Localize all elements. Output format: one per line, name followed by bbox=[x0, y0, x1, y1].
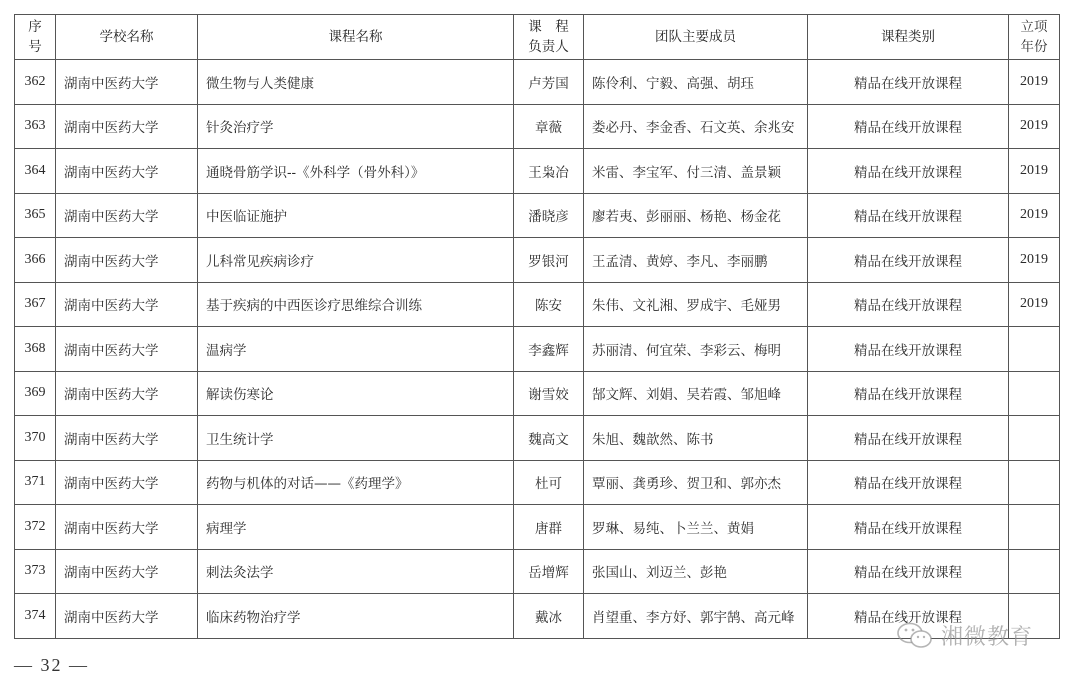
table-row: 370湖南中医药大学卫生统计学魏高文朱旭、魏歆然、陈书精品在线开放课程 bbox=[15, 416, 1060, 461]
page-number: — 32 — bbox=[14, 655, 89, 676]
table-row: 365湖南中医药大学中医临证施护潘晓彦廖若夷、彭丽丽、杨艳、杨金花精品在线开放课… bbox=[15, 193, 1060, 238]
header-team: 团队主要成员 bbox=[584, 15, 808, 60]
cell-lead: 潘晓彦 bbox=[514, 193, 584, 238]
cell-team: 郜文辉、刘娟、吴若霞、邹旭峰 bbox=[584, 371, 808, 416]
cell-type: 精品在线开放课程 bbox=[808, 238, 1009, 283]
cell-course: 针灸治疗学 bbox=[198, 104, 514, 149]
cell-index: 365 bbox=[15, 193, 56, 238]
cell-index: 364 bbox=[15, 149, 56, 194]
cell-year: 2019 bbox=[1009, 282, 1060, 327]
cell-course: 刺法灸法学 bbox=[198, 549, 514, 594]
header-lead-line1: 课 程 bbox=[516, 17, 581, 37]
cell-lead: 罗银河 bbox=[514, 238, 584, 283]
watermark: 湘微教育 bbox=[895, 620, 1033, 651]
cell-team: 苏丽清、何宜荣、李彩云、梅明 bbox=[584, 327, 808, 372]
cell-school: 湖南中医药大学 bbox=[56, 149, 198, 194]
cell-lead: 戴冰 bbox=[514, 594, 584, 639]
cell-type: 精品在线开放课程 bbox=[808, 282, 1009, 327]
course-list-table-container: 序 号 学校名称 课程名称 课 程 负责人 团队主要成员 课程类别 立项 年份 … bbox=[14, 14, 1060, 639]
cell-lead: 李鑫辉 bbox=[514, 327, 584, 372]
cell-year bbox=[1009, 505, 1060, 550]
cell-course: 基于疾病的中西医诊疗思维综合训练 bbox=[198, 282, 514, 327]
cell-lead: 岳增辉 bbox=[514, 549, 584, 594]
cell-type: 精品在线开放课程 bbox=[808, 505, 1009, 550]
cell-course: 病理学 bbox=[198, 505, 514, 550]
cell-school: 湖南中医药大学 bbox=[56, 327, 198, 372]
cell-type: 精品在线开放课程 bbox=[808, 549, 1009, 594]
cell-type: 精品在线开放课程 bbox=[808, 460, 1009, 505]
cell-school: 湖南中医药大学 bbox=[56, 193, 198, 238]
cell-course: 药物与机体的对话——《药理学》 bbox=[198, 460, 514, 505]
cell-lead: 杜可 bbox=[514, 460, 584, 505]
table-header-row: 序 号 学校名称 课程名称 课 程 负责人 团队主要成员 课程类别 立项 年份 bbox=[15, 15, 1060, 60]
cell-school: 湖南中医药大学 bbox=[56, 371, 198, 416]
cell-year: 2019 bbox=[1009, 60, 1060, 105]
header-index: 序 号 bbox=[15, 15, 56, 60]
cell-course: 温病学 bbox=[198, 327, 514, 372]
cell-school: 湖南中医药大学 bbox=[56, 416, 198, 461]
cell-lead: 唐群 bbox=[514, 505, 584, 550]
header-type: 课程类别 bbox=[808, 15, 1009, 60]
table-row: 371湖南中医药大学药物与机体的对话——《药理学》杜可覃丽、龚勇珍、贺卫和、郭亦… bbox=[15, 460, 1060, 505]
watermark-text: 湘微教育 bbox=[941, 620, 1033, 651]
header-year-line2: 年份 bbox=[1011, 37, 1057, 57]
table-row: 367湖南中医药大学基于疾病的中西医诊疗思维综合训练陈安朱伟、文礼湘、罗成宇、毛… bbox=[15, 282, 1060, 327]
course-list-table: 序 号 学校名称 课程名称 课 程 负责人 团队主要成员 课程类别 立项 年份 … bbox=[14, 14, 1060, 639]
cell-school: 湖南中医药大学 bbox=[56, 549, 198, 594]
cell-team: 米雷、李宝军、付三清、盖景颖 bbox=[584, 149, 808, 194]
table-row: 363湖南中医药大学针灸治疗学章薇娄必丹、李金香、石文英、余兆安精品在线开放课程… bbox=[15, 104, 1060, 149]
cell-course: 卫生统计学 bbox=[198, 416, 514, 461]
cell-lead: 魏高文 bbox=[514, 416, 584, 461]
cell-type: 精品在线开放课程 bbox=[808, 371, 1009, 416]
table-row: 369湖南中医药大学解读伤寒论谢雪姣郜文辉、刘娟、吴若霞、邹旭峰精品在线开放课程 bbox=[15, 371, 1060, 416]
cell-team: 覃丽、龚勇珍、贺卫和、郭亦杰 bbox=[584, 460, 808, 505]
cell-year: 2019 bbox=[1009, 193, 1060, 238]
cell-index: 367 bbox=[15, 282, 56, 327]
table-row: 372湖南中医药大学病理学唐群罗琳、易纯、卜兰兰、黄娟精品在线开放课程 bbox=[15, 505, 1060, 550]
cell-type: 精品在线开放课程 bbox=[808, 149, 1009, 194]
cell-year bbox=[1009, 371, 1060, 416]
cell-school: 湖南中医药大学 bbox=[56, 594, 198, 639]
header-lead-line2: 负责人 bbox=[516, 37, 581, 57]
cell-team: 罗琳、易纯、卜兰兰、黄娟 bbox=[584, 505, 808, 550]
cell-school: 湖南中医药大学 bbox=[56, 505, 198, 550]
cell-lead: 谢雪姣 bbox=[514, 371, 584, 416]
cell-type: 精品在线开放课程 bbox=[808, 193, 1009, 238]
cell-year: 2019 bbox=[1009, 149, 1060, 194]
cell-type: 精品在线开放课程 bbox=[808, 60, 1009, 105]
cell-year bbox=[1009, 460, 1060, 505]
cell-type: 精品在线开放课程 bbox=[808, 327, 1009, 372]
header-school: 学校名称 bbox=[56, 15, 198, 60]
cell-year bbox=[1009, 549, 1060, 594]
cell-year bbox=[1009, 416, 1060, 461]
cell-type: 精品在线开放课程 bbox=[808, 104, 1009, 149]
header-course: 课程名称 bbox=[198, 15, 514, 60]
cell-team: 王孟清、黄婷、李凡、李丽鹏 bbox=[584, 238, 808, 283]
header-year-line1: 立项 bbox=[1011, 17, 1057, 37]
cell-team: 朱旭、魏歆然、陈书 bbox=[584, 416, 808, 461]
cell-year: 2019 bbox=[1009, 104, 1060, 149]
cell-index: 371 bbox=[15, 460, 56, 505]
cell-index: 366 bbox=[15, 238, 56, 283]
cell-type: 精品在线开放课程 bbox=[808, 416, 1009, 461]
cell-course: 微生物与人类健康 bbox=[198, 60, 514, 105]
cell-course: 中医临证施护 bbox=[198, 193, 514, 238]
table-row: 364湖南中医药大学通晓骨筋学识--《外科学（骨外科）》王枭冶米雷、李宝军、付三… bbox=[15, 149, 1060, 194]
cell-team: 娄必丹、李金香、石文英、余兆安 bbox=[584, 104, 808, 149]
cell-school: 湖南中医药大学 bbox=[56, 282, 198, 327]
cell-index: 369 bbox=[15, 371, 56, 416]
cell-lead: 陈安 bbox=[514, 282, 584, 327]
cell-school: 湖南中医药大学 bbox=[56, 104, 198, 149]
header-index-line1: 序 bbox=[17, 17, 53, 37]
table-row: 366湖南中医药大学儿科常见疾病诊疗罗银河王孟清、黄婷、李凡、李丽鹏精品在线开放… bbox=[15, 238, 1060, 283]
cell-school: 湖南中医药大学 bbox=[56, 238, 198, 283]
table-row: 362湖南中医药大学微生物与人类健康卢芳国陈伶利、宁毅、高强、胡珏精品在线开放课… bbox=[15, 60, 1060, 105]
cell-course: 解读伤寒论 bbox=[198, 371, 514, 416]
cell-course: 通晓骨筋学识--《外科学（骨外科）》 bbox=[198, 149, 514, 194]
wechat-icon bbox=[895, 621, 935, 651]
cell-team: 肖望重、李方妤、郭宇鹄、高元峰 bbox=[584, 594, 808, 639]
cell-index: 374 bbox=[15, 594, 56, 639]
cell-course: 儿科常见疾病诊疗 bbox=[198, 238, 514, 283]
header-index-line2: 号 bbox=[17, 37, 53, 57]
header-lead: 课 程 负责人 bbox=[514, 15, 584, 60]
cell-year bbox=[1009, 327, 1060, 372]
cell-lead: 卢芳国 bbox=[514, 60, 584, 105]
cell-team: 张国山、刘迈兰、彭艳 bbox=[584, 549, 808, 594]
cell-school: 湖南中医药大学 bbox=[56, 460, 198, 505]
table-row: 373湖南中医药大学刺法灸法学岳增辉张国山、刘迈兰、彭艳精品在线开放课程 bbox=[15, 549, 1060, 594]
cell-index: 368 bbox=[15, 327, 56, 372]
cell-lead: 王枭冶 bbox=[514, 149, 584, 194]
header-year: 立项 年份 bbox=[1009, 15, 1060, 60]
cell-index: 373 bbox=[15, 549, 56, 594]
cell-school: 湖南中医药大学 bbox=[56, 60, 198, 105]
table-row: 368湖南中医药大学温病学李鑫辉苏丽清、何宜荣、李彩云、梅明精品在线开放课程 bbox=[15, 327, 1060, 372]
cell-index: 370 bbox=[15, 416, 56, 461]
cell-team: 廖若夷、彭丽丽、杨艳、杨金花 bbox=[584, 193, 808, 238]
cell-index: 362 bbox=[15, 60, 56, 105]
cell-year: 2019 bbox=[1009, 238, 1060, 283]
cell-index: 363 bbox=[15, 104, 56, 149]
cell-course: 临床药物治疗学 bbox=[198, 594, 514, 639]
cell-team: 陈伶利、宁毅、高强、胡珏 bbox=[584, 60, 808, 105]
cell-lead: 章薇 bbox=[514, 104, 584, 149]
cell-team: 朱伟、文礼湘、罗成宇、毛娅男 bbox=[584, 282, 808, 327]
cell-index: 372 bbox=[15, 505, 56, 550]
